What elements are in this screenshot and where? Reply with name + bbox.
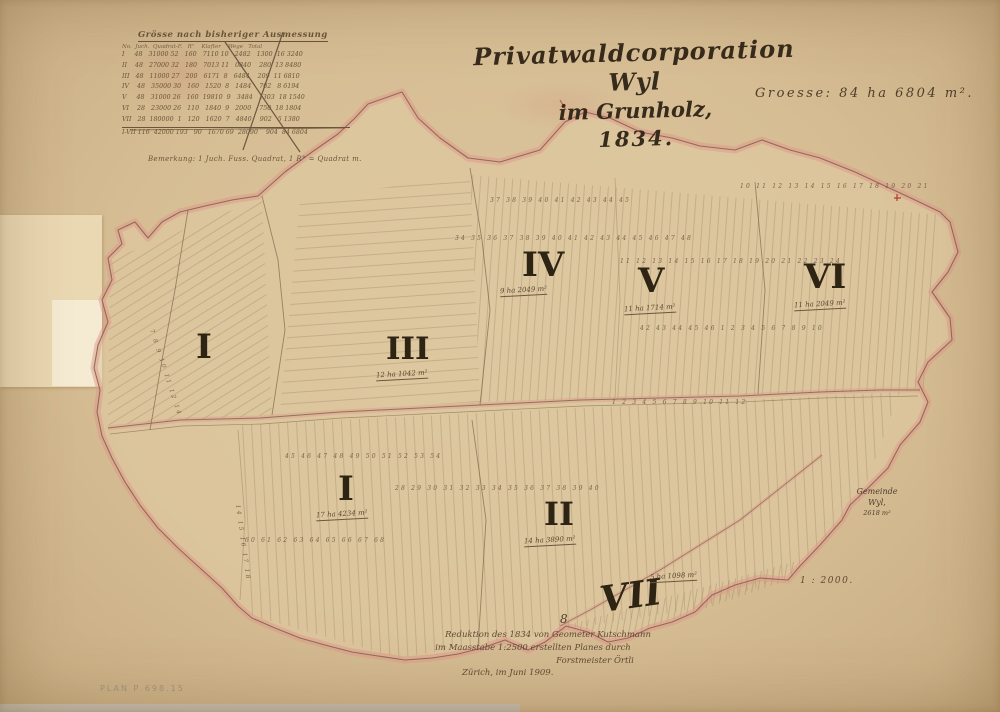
table-row: VII 28 180000 1 120 1620 7 4840 902 5 13… xyxy=(122,115,350,126)
table-row: II 48 27000 32 180 7013 11 0840 280 13 8… xyxy=(122,61,350,72)
section-area-II: 14 ha 3890 m² xyxy=(524,535,576,548)
inscription-line3: Forstmeister Örtli xyxy=(556,656,634,666)
table-row: I 48 31000 52 160 7110 10 2482 1300 16 3… xyxy=(122,50,350,61)
table-heading: Grösse nach bisheriger Ausmessung xyxy=(138,30,328,42)
section-area-V: 11 ha 1714 m² xyxy=(624,303,676,316)
section-area-I-lower: 17 ha 4234 m² xyxy=(316,509,368,522)
section-numeral: IV xyxy=(522,245,564,285)
gemeinde-line3: 2618 m² xyxy=(842,508,912,519)
section-numeral: II xyxy=(544,495,574,533)
section-label-III: III xyxy=(386,334,430,365)
table-row: III 48 11000 27 200 6171 8 6484 209 11 6… xyxy=(122,72,350,83)
section-numeral: V xyxy=(638,261,664,301)
section-numeral: III xyxy=(386,331,430,367)
gemeinde-line2: Wyl, xyxy=(842,497,912,508)
section-label-VI: VI xyxy=(804,260,846,294)
inscription-line4: Zürich, im Juni 1909. xyxy=(462,668,553,678)
section-area-III: 12 ha 1042 m² xyxy=(376,369,428,382)
size-note: Groesse: 84 ha 6804 m². xyxy=(755,86,974,101)
inscription-line1: Reduktion des 1834 von Geometer Kutschma… xyxy=(445,630,651,640)
title-line3: 1834. xyxy=(471,122,802,156)
gemeinde-wyl-label: Gemeinde Wyl, 2618 m² xyxy=(842,486,912,519)
table-remark: Bemerkung: 1 Juch. Fuss. Quadrat, 1 R° =… xyxy=(148,155,362,163)
point-mark-8: 8 xyxy=(560,612,568,626)
section-area-IV: 9 ha 2049 m² xyxy=(500,285,548,297)
section-area-VII: 5 ha 1098 m² xyxy=(650,571,698,583)
inscription-line2: im Maasstabe 1:2500 erstellten Planes du… xyxy=(435,643,631,653)
map-title: Privatwaldcorporation Wyl im Grunholz, 1… xyxy=(469,34,802,156)
scale-note: 1 : 2000. xyxy=(800,576,854,586)
measurement-table: Grösse nach bisheriger Ausmessung No. Ju… xyxy=(122,22,350,138)
table-row: IV 48 35000 30 160 1520 8 1484 702 8 619… xyxy=(122,82,350,93)
table-row: V 48 31000 26 160 19810 9 3484 1303 18 1… xyxy=(122,93,350,104)
section-area-VI: 11 ha 2049 m² xyxy=(794,299,846,312)
section-label-IV: IV xyxy=(522,248,564,282)
archive-stamp: PLAN P 698.15 xyxy=(100,684,185,693)
gemeinde-line1: Gemeinde xyxy=(842,486,912,497)
section-label-II: II xyxy=(544,498,574,530)
section-numeral: VI xyxy=(804,257,846,297)
section-numeral: I xyxy=(338,469,354,509)
section-label-I-upper: I xyxy=(196,330,212,364)
table-columns: No. Juch. Quadrat-F. R° Klafter Wege Tot… xyxy=(122,44,350,50)
section-label-I-lower: I xyxy=(338,472,354,506)
section-label-V: V xyxy=(638,264,664,298)
table-total-row: I-VII 116 42000 193 90 1670 69 28090 904… xyxy=(122,127,350,139)
title-line1: Privatwaldcorporation Wyl xyxy=(469,34,800,101)
map-sheet: 34 35 36 37 38 39 40 41 42 43 44 45 46 4… xyxy=(0,0,1000,712)
table-row: VI 28 23000 26 110 1840 9 2000 750 18 18… xyxy=(122,104,350,115)
text-layer: Grösse nach bisheriger Ausmessung No. Ju… xyxy=(0,0,1000,712)
section-numeral: I xyxy=(196,327,212,367)
